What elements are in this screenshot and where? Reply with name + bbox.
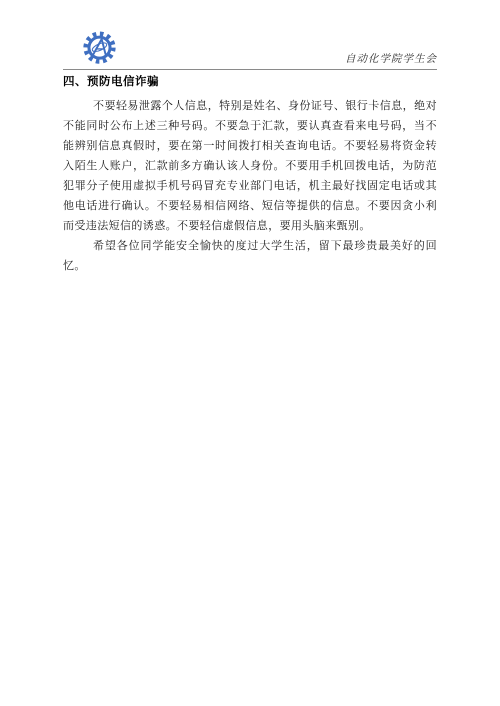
automation-gear-logo-icon — [75, 27, 124, 70]
page: 自动化学院学生会 四、预防电信诈骗 不要轻易泄露个人信息，特别是姓名、身份证号、… — [0, 0, 500, 706]
paragraph-fraud-prevention: 不要轻易泄露个人信息，特别是姓名、身份证号、银行卡信息，绝对不能同时公布上述三种… — [63, 96, 437, 236]
header-rule — [63, 69, 437, 70]
document-page: { "header": { "logo_name": "automation-c… — [0, 0, 500, 706]
paragraph-closing-wish: 希望各位同学能安全愉快的度过大学生活，留下最珍贵最美好的回忆。 — [63, 236, 437, 276]
section-heading: 四、预防电信诈骗 — [63, 74, 437, 90]
document-header: 自动化学院学生会 — [63, 0, 437, 71]
document-body: 四、预防电信诈骗 不要轻易泄露个人信息，特别是姓名、身份证号、银行卡信息，绝对不… — [63, 74, 437, 276]
header-org-name: 自动化学院学生会 — [345, 51, 437, 66]
